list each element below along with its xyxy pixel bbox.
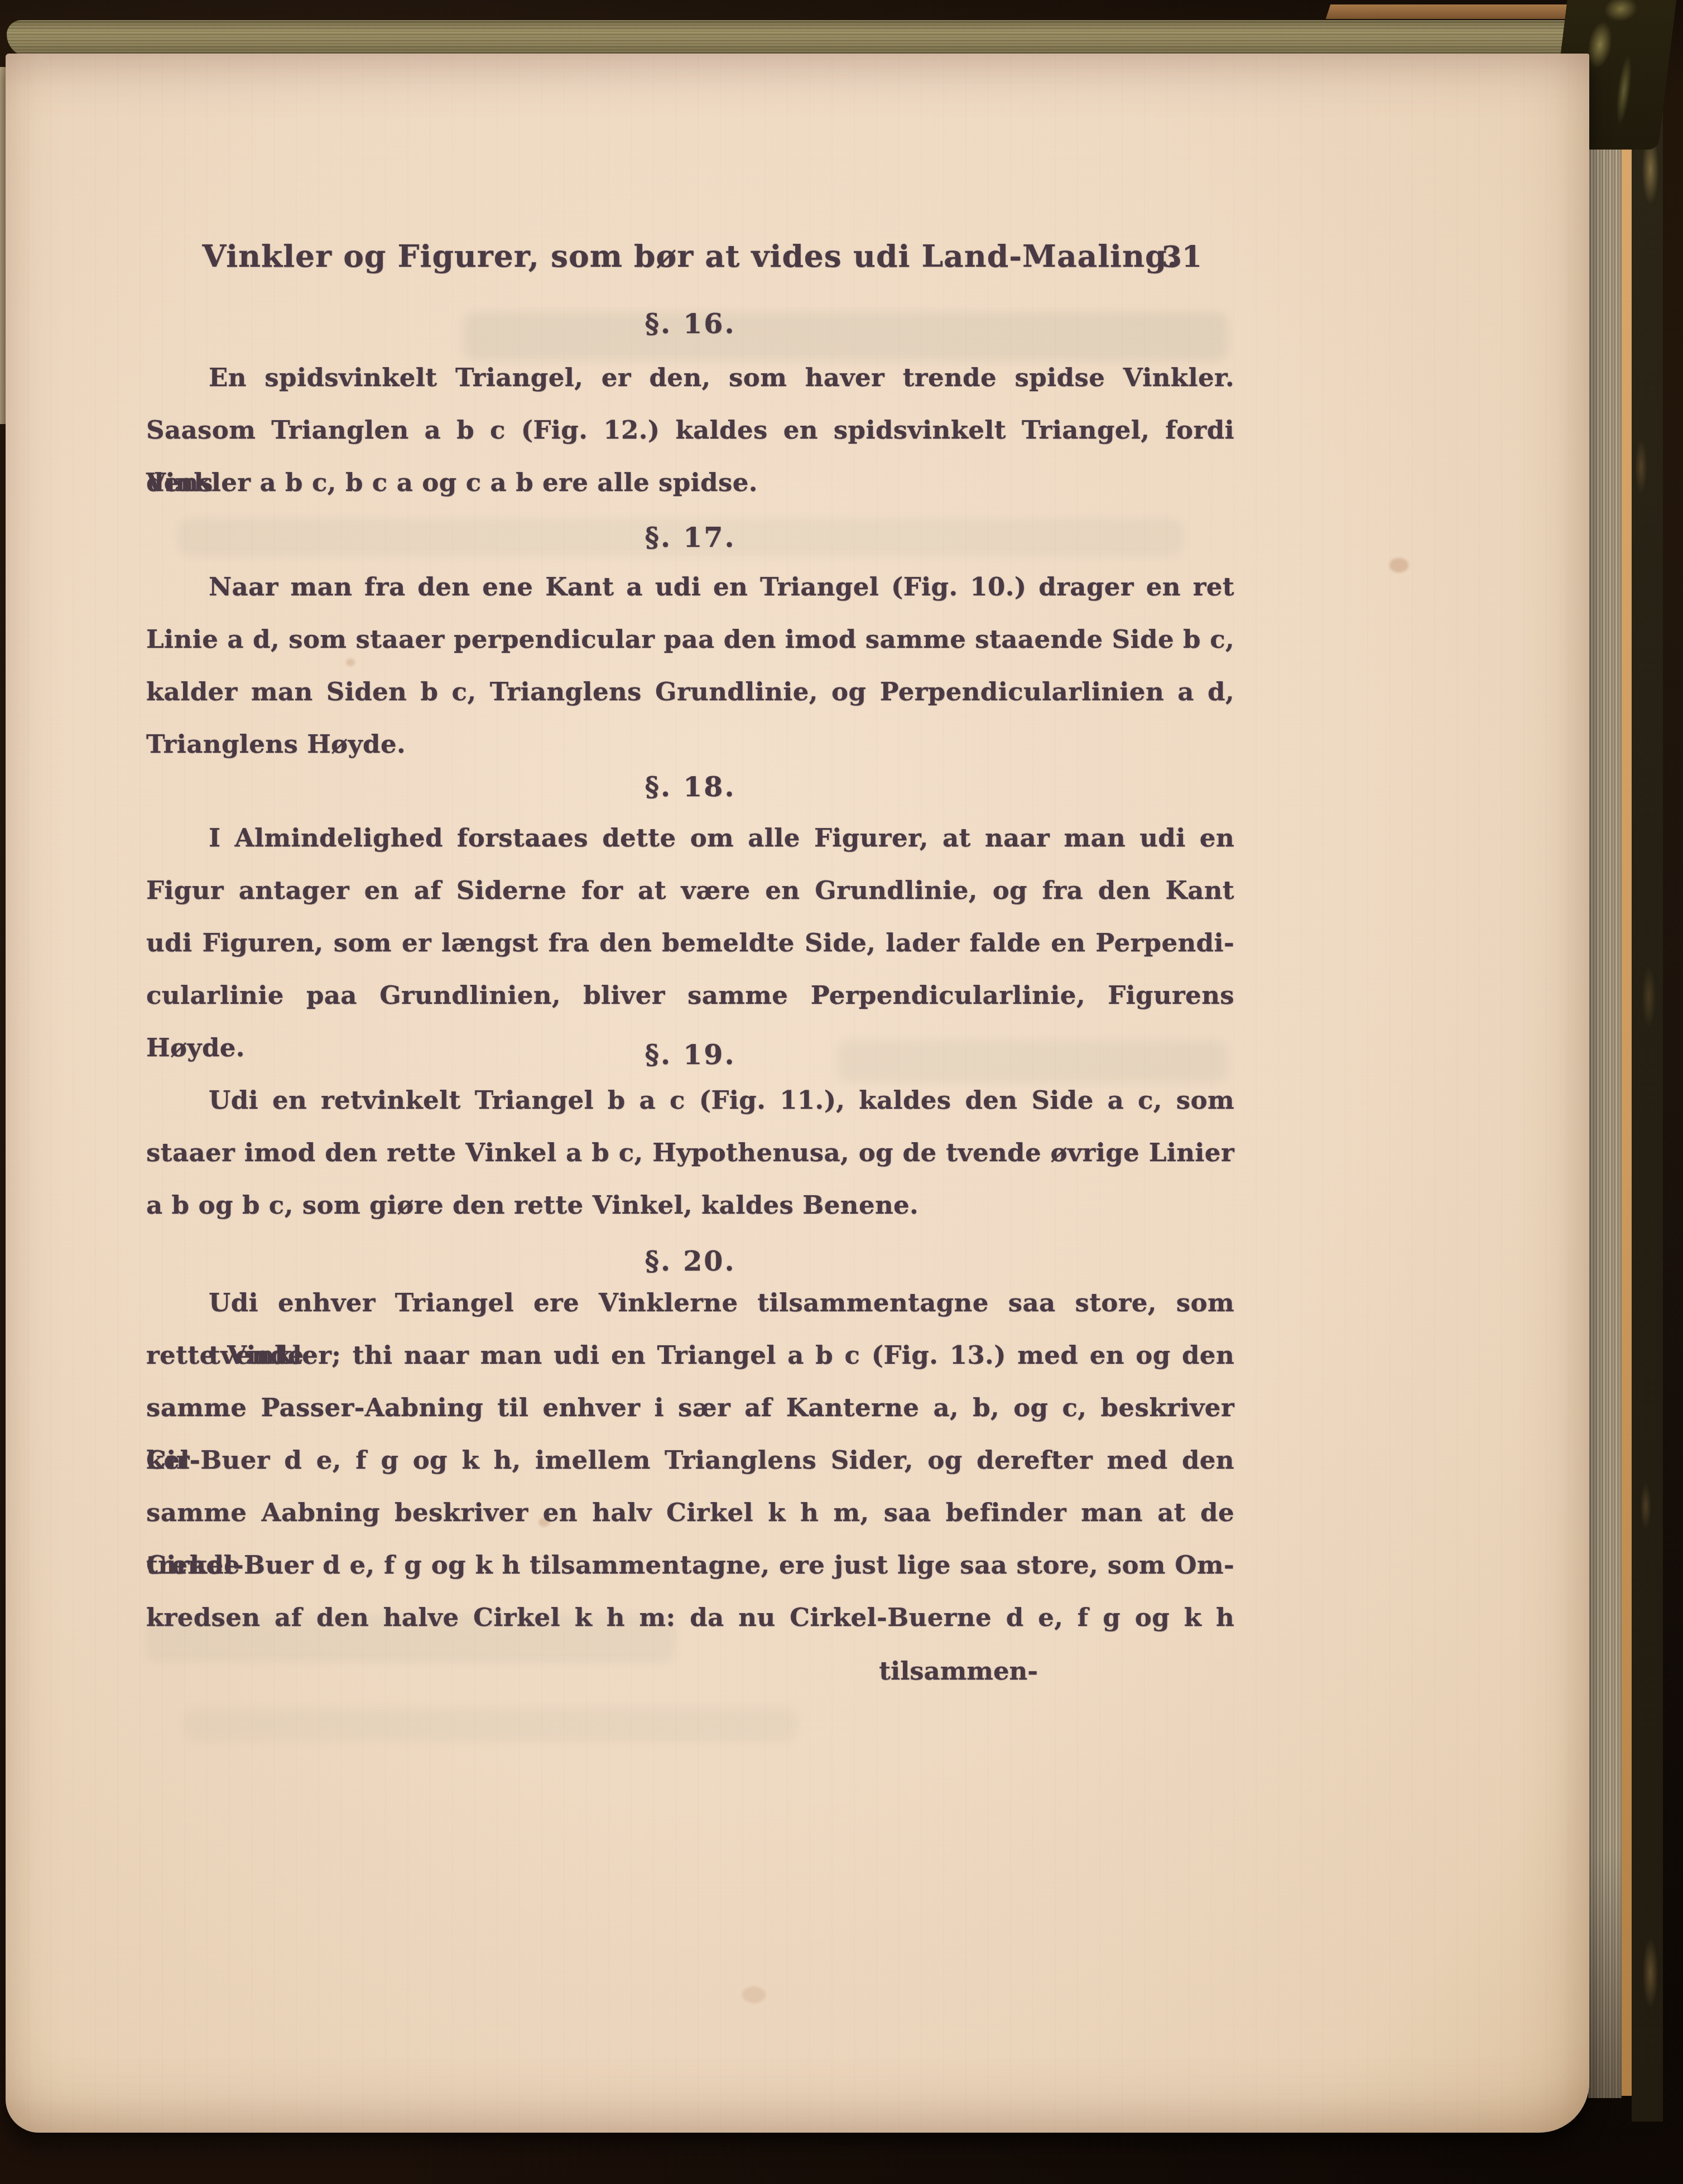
paragraph-16: En spidsvinkelt Triangel, er den, som ha… bbox=[146, 352, 1234, 509]
fore-edge-page-stack bbox=[1588, 17, 1622, 2098]
text-line: rette Vinkler; thi naar man udi en Trian… bbox=[146, 1329, 1234, 1382]
fore-edge-tan-strip bbox=[1622, 13, 1632, 2096]
show-through-ghost bbox=[184, 1707, 798, 1742]
text-line: Vinkler a b c, b c a og c a b ere alle s… bbox=[146, 456, 1234, 509]
text-line: Linie a d, som staaer perpendicular paa … bbox=[146, 613, 1234, 666]
paragraph-20: Udi enhver Triangel ere Vinklerne tilsam… bbox=[146, 1277, 1234, 1644]
text-line: Saasom Trianglen a b c (Fig. 12.) kaldes… bbox=[146, 404, 1234, 456]
text-line: kalder man Siden b c, Trianglens Grundli… bbox=[146, 666, 1234, 718]
text-line: Naar man fra den ene Kant a udi en Trian… bbox=[146, 561, 1234, 613]
text-line: Udi enhver Triangel ere Vinklerne tilsam… bbox=[146, 1277, 1234, 1329]
text-line: kredsen af den halve Cirkel k h m: da nu… bbox=[146, 1591, 1234, 1644]
text-line: cularlinie paa Grundlinien, bliver samme… bbox=[146, 969, 1234, 1022]
text-line: samme Passer-Aabning til enhver i sær af… bbox=[146, 1382, 1234, 1434]
paper-stain bbox=[1389, 558, 1408, 573]
catchword: tilsammen- bbox=[146, 1656, 1234, 1686]
text-line: Figur antager en af Siderne for at være … bbox=[146, 864, 1234, 917]
page-number: 31 bbox=[1162, 240, 1202, 274]
text-line: a b og b c, som giøre den rette Vinkel, … bbox=[146, 1179, 1234, 1231]
text-line: En spidsvinkelt Triangel, er den, som ha… bbox=[146, 352, 1234, 404]
section-heading-19: §. 19. bbox=[146, 1038, 1234, 1071]
marbled-binding-strip bbox=[1632, 0, 1663, 2122]
book-page: Vinkler og Figurer, som bør at vides udi… bbox=[6, 54, 1589, 2133]
text-line: Trianglens Høyde. bbox=[146, 718, 1234, 771]
text-line: kel-Buer d e, f g og k h, imellem Triang… bbox=[146, 1434, 1234, 1487]
text-line: staaer imod den rette Vinkel a b c, Hypo… bbox=[146, 1127, 1234, 1179]
section-heading-20: §. 20. bbox=[146, 1245, 1234, 1277]
paragraph-17: Naar man fra den ene Kant a udi en Trian… bbox=[146, 561, 1234, 771]
running-header-title: Vinkler og Figurer, som bør at vides udi… bbox=[146, 238, 1234, 274]
book-scan-background: Vinkler og Figurer, som bør at vides udi… bbox=[0, 0, 1683, 2184]
text-line: I Almindelighed forstaaes dette om alle … bbox=[146, 812, 1234, 864]
paragraph-18: I Almindelighed forstaaes dette om alle … bbox=[146, 812, 1234, 1022]
text-line: Cirkel-Buer d e, f g og k h tilsammentag… bbox=[146, 1539, 1234, 1591]
paper-stain bbox=[742, 1986, 766, 2003]
section-heading-16: §. 16. bbox=[146, 307, 1234, 340]
running-header-row: Vinkler og Figurer, som bør at vides udi… bbox=[146, 238, 1234, 282]
paragraph-19: Udi en retvinkelt Triangel b a c (Fig. 1… bbox=[146, 1074, 1234, 1231]
text-line: samme Aabning beskriver en halv Cirkel k… bbox=[146, 1487, 1234, 1539]
gilt-top-page-edge bbox=[7, 20, 1600, 57]
section-heading-18: §. 18. bbox=[146, 771, 1234, 803]
text-line: Udi en retvinkelt Triangel b a c (Fig. 1… bbox=[146, 1074, 1234, 1127]
text-line: udi Figuren, som er længst fra den bemel… bbox=[146, 917, 1234, 969]
section-heading-17: §. 17. bbox=[146, 521, 1234, 554]
